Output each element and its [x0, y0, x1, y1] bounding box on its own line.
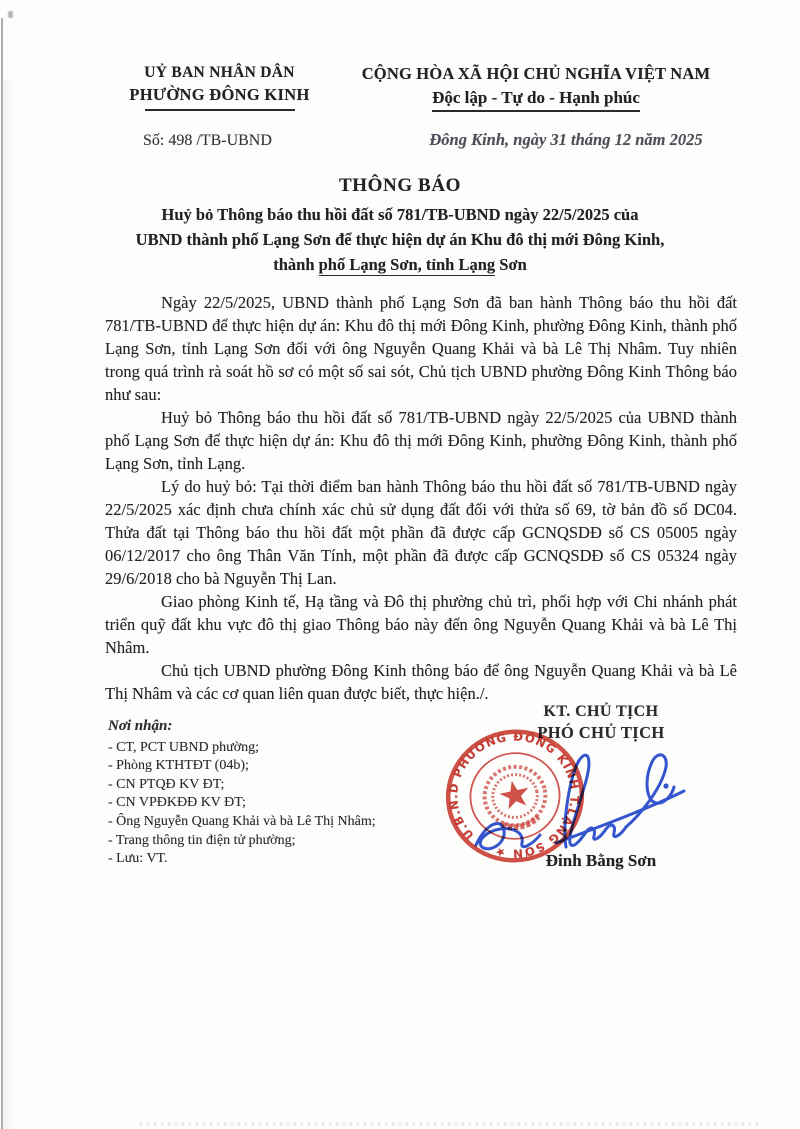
national-header-block: CỘNG HÒA XÃ HỘI CHỦ NGHĨA VIỆT NAM Độc l… — [338, 64, 734, 112]
issuer-underline — [145, 109, 295, 111]
scan-speck-artifact — [8, 11, 13, 18]
recipient-item: - CN VPĐKĐĐ KV ĐT; — [108, 794, 376, 813]
body-paragraph: Giao phòng Kinh tế, Hạ tầng và Đô thị ph… — [105, 590, 737, 659]
signature-dot — [663, 783, 668, 788]
body-paragraph: Lý do huỷ bỏ: Tại thời điểm ban hành Thô… — [105, 475, 737, 590]
title-block: THÔNG BÁO Huỷ bỏ Thông báo thu hồi đất s… — [70, 175, 730, 277]
subtitle-line2: UBND thành phố Lạng Sơn để thực hiện dự … — [70, 227, 730, 252]
scan-noise-artifact — [140, 1122, 760, 1126]
body-paragraph: Ngày 22/5/2025, UBND thành phố Lạng Sơn … — [105, 291, 737, 406]
recipient-item: - CT, PCT UBND phường; — [108, 739, 376, 758]
issuer-name-line1: UỶ BAN NHÂN DÂN — [112, 64, 327, 82]
recipients-heading: Nơi nhận: — [108, 717, 376, 736]
recipient-item: - Trang thông tin điện tử phường; — [108, 832, 376, 851]
document-number: Số: 498 /TB-UBND — [143, 132, 272, 150]
recipients-block: Nơi nhận: - CT, PCT UBND phường; - Phòng… — [108, 717, 376, 869]
issuer-name-line2: PHƯỜNG ĐÔNG KINH — [112, 85, 327, 105]
signature-stroke — [476, 823, 540, 848]
body-paragraph: Huỷ bỏ Thông báo thu hồi đất số 781/TB-U… — [105, 406, 737, 475]
document-subtitle: Huỷ bỏ Thông báo thu hồi đất số 781/TB-U… — [70, 202, 730, 277]
signature-stroke — [565, 755, 626, 847]
handwritten-signature — [438, 737, 690, 863]
national-motto: Độc lập - Tự do - Hạnh phúc — [432, 88, 640, 112]
subtitle-line3: thành phố Lạng Sơn, tỉnh Lạng Sơn — [70, 252, 730, 277]
subtitle-line1: Huỷ bỏ Thông báo thu hồi đất số 781/TB-U… — [70, 202, 730, 227]
recipient-item: - Lưu: VT. — [108, 850, 376, 869]
subtitle-line3-post: Sơn — [495, 255, 527, 274]
signature-stroke — [626, 755, 674, 827]
recipient-item: - CN PTQĐ KV ĐT; — [108, 776, 376, 795]
recipient-item: - Ông Nguyễn Quang Khải và bà Lê Thị Nhâ… — [108, 813, 376, 832]
issuer-block: UỶ BAN NHÂN DÂN PHƯỜNG ĐÔNG KINH — [112, 64, 327, 111]
signer-name: Đinh Bằng Sơn — [468, 851, 734, 871]
body-paragraph: Chủ tịch UBND phường Đông Kinh thông báo… — [105, 659, 737, 705]
national-title: CỘNG HÒA XÃ HỘI CHỦ NGHĨA VIỆT NAM — [338, 64, 734, 84]
document-title: THÔNG BÁO — [70, 175, 730, 197]
place-date-line: Đông Kinh, ngày 31 tháng 12 năm 2025 — [398, 130, 734, 150]
signed-for-line: KT. CHỦ TỊCH — [468, 703, 734, 721]
scanned-document-page: UỶ BAN NHÂN DÂN PHƯỜNG ĐÔNG KINH CỘNG HÒ… — [0, 0, 800, 1129]
scan-haze-artifact — [3, 80, 17, 1129]
recipient-item: - Phòng KTHTĐT (04b); — [108, 757, 376, 776]
subtitle-line3-pre: thành — [273, 255, 318, 274]
subtitle-line3-underlined: phố Lạng Sơn, tỉnh Lạng — [319, 255, 496, 276]
document-body: Ngày 22/5/2025, UBND thành phố Lạng Sơn … — [105, 291, 737, 705]
